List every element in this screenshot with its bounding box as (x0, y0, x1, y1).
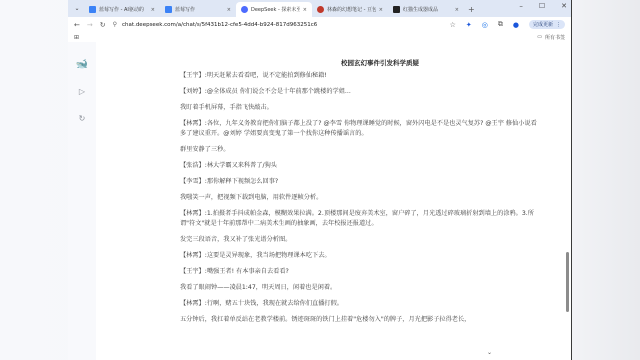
bookmark-star-icon[interactable]: ☆ (450, 21, 456, 29)
tab-close-icon[interactable]: × (379, 7, 383, 13)
deepseek-whale-icon (241, 6, 248, 13)
deepseek-logo-icon[interactable]: 🐋 (76, 58, 88, 70)
all-bookmarks-folder[interactable]: ▭ 所有书签 (537, 34, 565, 41)
close-window-button[interactable]: ✕ (561, 2, 567, 10)
message: 发完三段语音，我又补了张光谱分析图。 (180, 235, 540, 245)
tab-close-icon[interactable]: × (455, 7, 459, 13)
message: 我嗤笑一声，把视频下载到电脑，用软件逐帧分析。 (180, 193, 540, 203)
message: 五分钟后，我扛着单反站在老教学楼前。锈迹斑斑的铁门上挂着"危楼勿入"的牌子，月光… (180, 315, 540, 325)
desktop-background (572, 0, 640, 360)
maximize-button[interactable]: ☐ (539, 2, 545, 10)
message: 我盯着手机屏幕，手指飞快敲击。 (180, 103, 540, 113)
tab-favicon-icon (317, 6, 324, 13)
message: 【李雪】:那你解释下视频怎么回事? (180, 177, 540, 187)
tab-close-icon[interactable]: × (227, 7, 231, 13)
reload-button[interactable]: ↻ (100, 21, 106, 29)
extension-icon[interactable]: ✦ (466, 21, 472, 29)
tab-5[interactable]: 红猫生成器成品 × (388, 2, 464, 17)
message: 【林霄】:各位，九年义务教育把你们脑子都上没了? @李雪 你物理课睡觉的时候，窗… (180, 119, 540, 139)
back-button[interactable]: ← (74, 21, 80, 29)
scroll-to-bottom-icon[interactable]: ⌄ (487, 348, 492, 358)
open-sidebar-icon[interactable]: ▷ (76, 85, 88, 97)
update-button[interactable]: 完成更新 ⋮ (529, 20, 565, 29)
tab-title: 蓝莓写作 - AI驱动的 (99, 6, 148, 13)
site-info-icon[interactable]: ⚲ (113, 21, 117, 28)
tab-favicon-icon (165, 6, 172, 13)
new-tab-button[interactable]: + (468, 5, 475, 14)
browser-toolbar: ← → ↻ ⚲ chat.deepseek.com/a/chat/s/5f431… (68, 17, 571, 32)
extensions-puzzle-icon[interactable]: ⧉ (498, 20, 503, 29)
message: 【刘婷】:@全体成员 你们说会不会是十年前那个跳楼的学姐... (180, 87, 540, 97)
tab-search-icon[interactable]: ⌄ (70, 1, 84, 15)
chat-title: 校园玄幻事件引发科学质疑 (180, 58, 540, 68)
chat-content: 校园玄幻事件引发科学质疑 【王宇】:明天赶紧去看看吧，说不定能拍到修仙秘籍! 【… (180, 42, 540, 360)
tab-3-active[interactable]: DeepSeek - 探索未至 × (236, 2, 312, 17)
message: 【张浩】:林大学霸又来科普了/狗头 (180, 161, 540, 171)
tab-title: 林森的幻想笔记 - 豆包 (327, 6, 376, 13)
minimize-button[interactable]: – (519, 2, 523, 10)
url-text: chat.deepseek.com/a/chat/s/5f431b12-cfe5… (122, 22, 317, 28)
message: 【王宇】:嘴强王者! 有本事亲自去看看? (180, 267, 540, 277)
tab-2[interactable]: 蓝莓写作 × (160, 2, 236, 17)
message: 群里安静了三秒。 (180, 145, 540, 155)
tab-close-icon[interactable]: × (303, 7, 307, 13)
window-controls: – ☐ ✕ (519, 2, 567, 10)
address-bar[interactable]: ⚲ chat.deepseek.com/a/chat/s/5f431b12-cf… (113, 19, 443, 30)
new-chat-icon[interactable]: ↻ (76, 112, 88, 124)
tab-4[interactable]: 林森的幻想笔记 - 豆包 × (312, 2, 388, 17)
browser-window: ⌄ 蓝莓写作 - AI驱动的 × 蓝莓写作 × DeepSeek - 探索未至 … (68, 0, 572, 360)
message: 【王宇】:明天赶紧去看看吧，说不定能拍到修仙秘籍! (180, 71, 540, 81)
update-label: 完成更新 (533, 21, 553, 28)
tab-close-icon[interactable]: × (151, 7, 155, 13)
deepseek-page: 🐋 ▷ ↻ 校园玄幻事件引发科学质疑 【王宇】:明天赶紧去看看吧，说不定能拍到修… (68, 42, 571, 360)
tab-title: 蓝莓写作 (175, 6, 224, 13)
folder-icon: ▭ (537, 34, 542, 40)
tab-favicon-icon (393, 6, 400, 13)
tab-strip: ⌄ 蓝莓写作 - AI驱动的 × 蓝莓写作 × DeepSeek - 探索未至 … (68, 0, 571, 17)
more-menu-icon[interactable]: ⋮ (556, 22, 561, 28)
bookmarks-bar: ⊞ ▭ 所有书签 (68, 32, 571, 42)
message: 【林霄】:1.拍摄者手抖成帕金森，模糊效果拉满。2.顶楼那间是废弃美术室，窗户碎… (180, 209, 540, 229)
message: 【林霄】:行啊，赌五十块钱，我现在就去给你们直播打假。 (180, 299, 540, 309)
page-scrollbar[interactable] (566, 252, 569, 312)
forward-button[interactable]: → (87, 21, 93, 29)
sidebar-rail: 🐋 ▷ ↻ (68, 42, 96, 360)
message: 【林霄】:这要是灵异现象，我当场把物理课本吃下去。 (180, 251, 540, 261)
message: 我看了眼闹钟——凌晨1:47，明天周日，闲着也是闲着。 (180, 283, 540, 293)
extension-circle-icon[interactable]: ◎ (482, 21, 488, 29)
tab-1[interactable]: 蓝莓写作 - AI驱动的 × (84, 2, 160, 17)
bookmarks-folder-label: 所有书签 (545, 34, 565, 41)
tab-title: DeepSeek - 探索未至 (251, 6, 300, 13)
tab-title: 红猫生成器成品 (403, 6, 452, 13)
profile-icon[interactable]: ● (513, 21, 519, 29)
apps-grid-icon[interactable]: ⊞ (74, 34, 79, 41)
tab-favicon-icon (89, 6, 96, 13)
